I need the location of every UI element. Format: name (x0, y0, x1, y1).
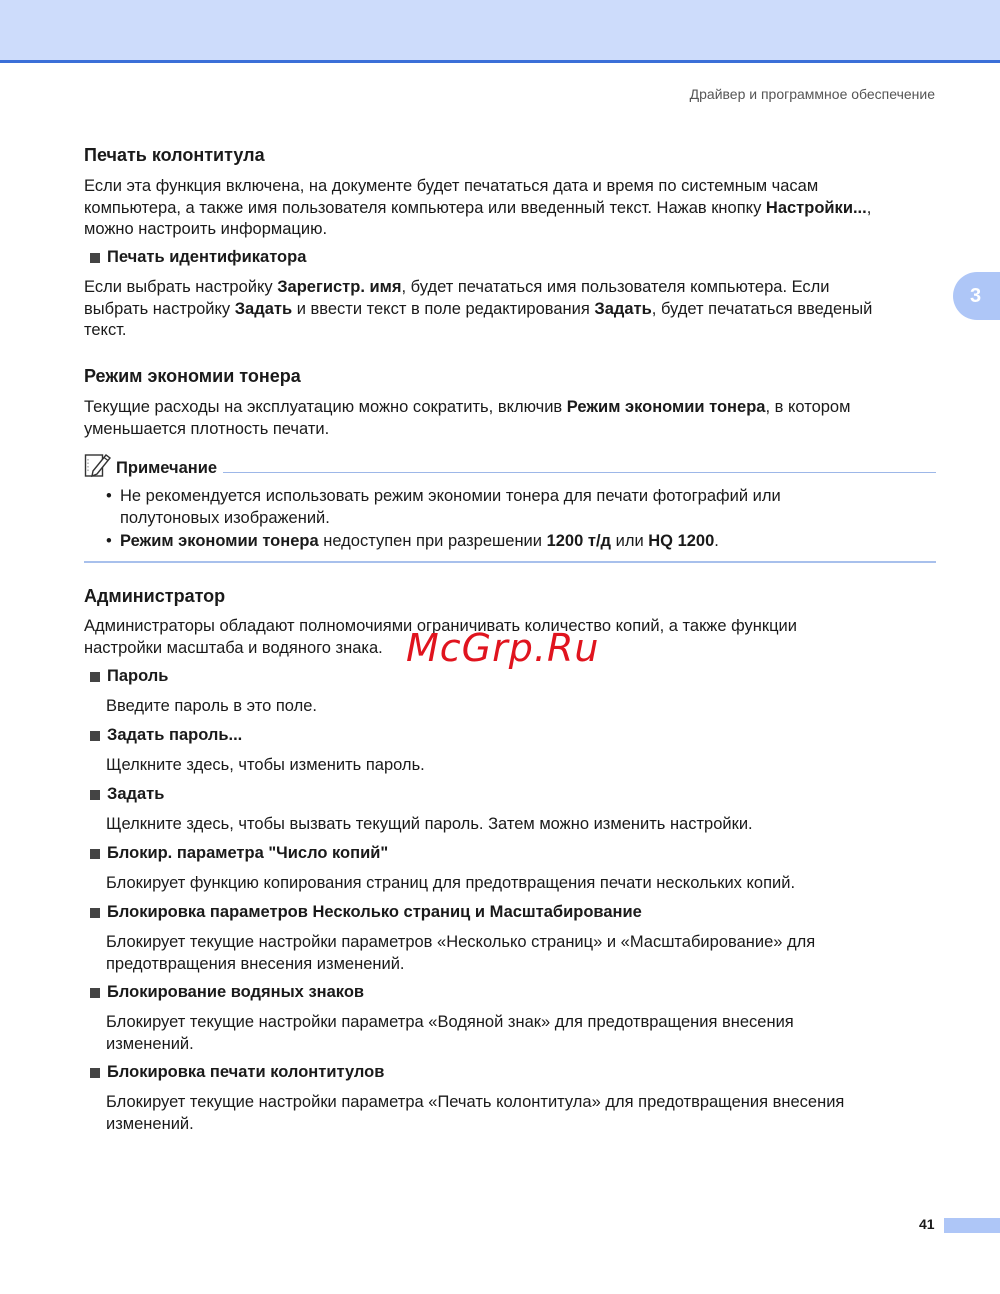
top-band (0, 0, 1000, 60)
note-bullet: • Не рекомендуется использовать режим эк… (106, 486, 936, 529)
running-header: Драйвер и программное обеспечение (690, 86, 935, 102)
note-divider (223, 472, 936, 474)
subsection-paragraph-id-print: Если выбрать настройку Зарегистр. имя, б… (84, 277, 936, 342)
page-number: 41 (919, 1216, 935, 1232)
chapter-tab: 3 (953, 272, 1000, 320)
square-bullet-icon (90, 988, 100, 998)
admin-item-title: Блокировка параметров Несколько страниц … (90, 903, 642, 922)
section-title-toner-save: Режим экономии тонера (84, 366, 301, 387)
top-rule (0, 60, 1000, 63)
section-title-header-print: Печать колонтитула (84, 145, 265, 166)
note-bullet: • Режим экономии тонера недоступен при р… (106, 531, 936, 553)
subsection-title-id-print: Печать идентификатора (90, 248, 306, 267)
admin-item-desc: Щелкните здесь, чтобы вызвать текущий па… (106, 814, 936, 836)
watermark: McGrp.Ru (406, 626, 599, 670)
admin-item-title: Пароль (90, 667, 168, 686)
note-end-divider (84, 561, 936, 563)
note-header: Примечание (84, 452, 936, 478)
square-bullet-icon (90, 672, 100, 682)
admin-item-title: Блокировка печати колонтитулов (90, 1063, 384, 1082)
admin-item-desc: Блокирует текущие настройки параметра «П… (106, 1092, 936, 1135)
admin-item-desc: Блокирует функцию копирования страниц дл… (106, 873, 936, 895)
note-title: Примечание (116, 459, 217, 478)
admin-item-desc: Блокирует текущие настройки параметров «… (106, 932, 936, 975)
square-bullet-icon (90, 1068, 100, 1078)
chapter-number: 3 (970, 285, 981, 308)
admin-item-title: Задать пароль... (90, 726, 242, 745)
section-title-admin: Администратор (84, 586, 225, 607)
note-pencil-icon (84, 452, 112, 478)
admin-item-title: Блокирование водяных знаков (90, 983, 364, 1002)
square-bullet-icon (90, 849, 100, 859)
admin-item-title: Задать (90, 785, 164, 804)
square-bullet-icon (90, 908, 100, 918)
square-bullet-icon (90, 731, 100, 741)
admin-item-desc: Щелкните здесь, чтобы изменить пароль. (106, 755, 936, 777)
section-paragraph-toner-save: Текущие расходы на эксплуатацию можно со… (84, 397, 936, 440)
page-number-bar (944, 1218, 1000, 1233)
section-paragraph-header-print: Если эта функция включена, на документе … (84, 176, 936, 241)
admin-item-desc: Блокирует текущие настройки параметра «В… (106, 1012, 936, 1055)
square-bullet-icon (90, 253, 100, 263)
admin-item-title: Блокир. параметра "Число копий" (90, 844, 388, 863)
square-bullet-icon (90, 790, 100, 800)
admin-item-desc: Введите пароль в это поле. (106, 696, 936, 718)
